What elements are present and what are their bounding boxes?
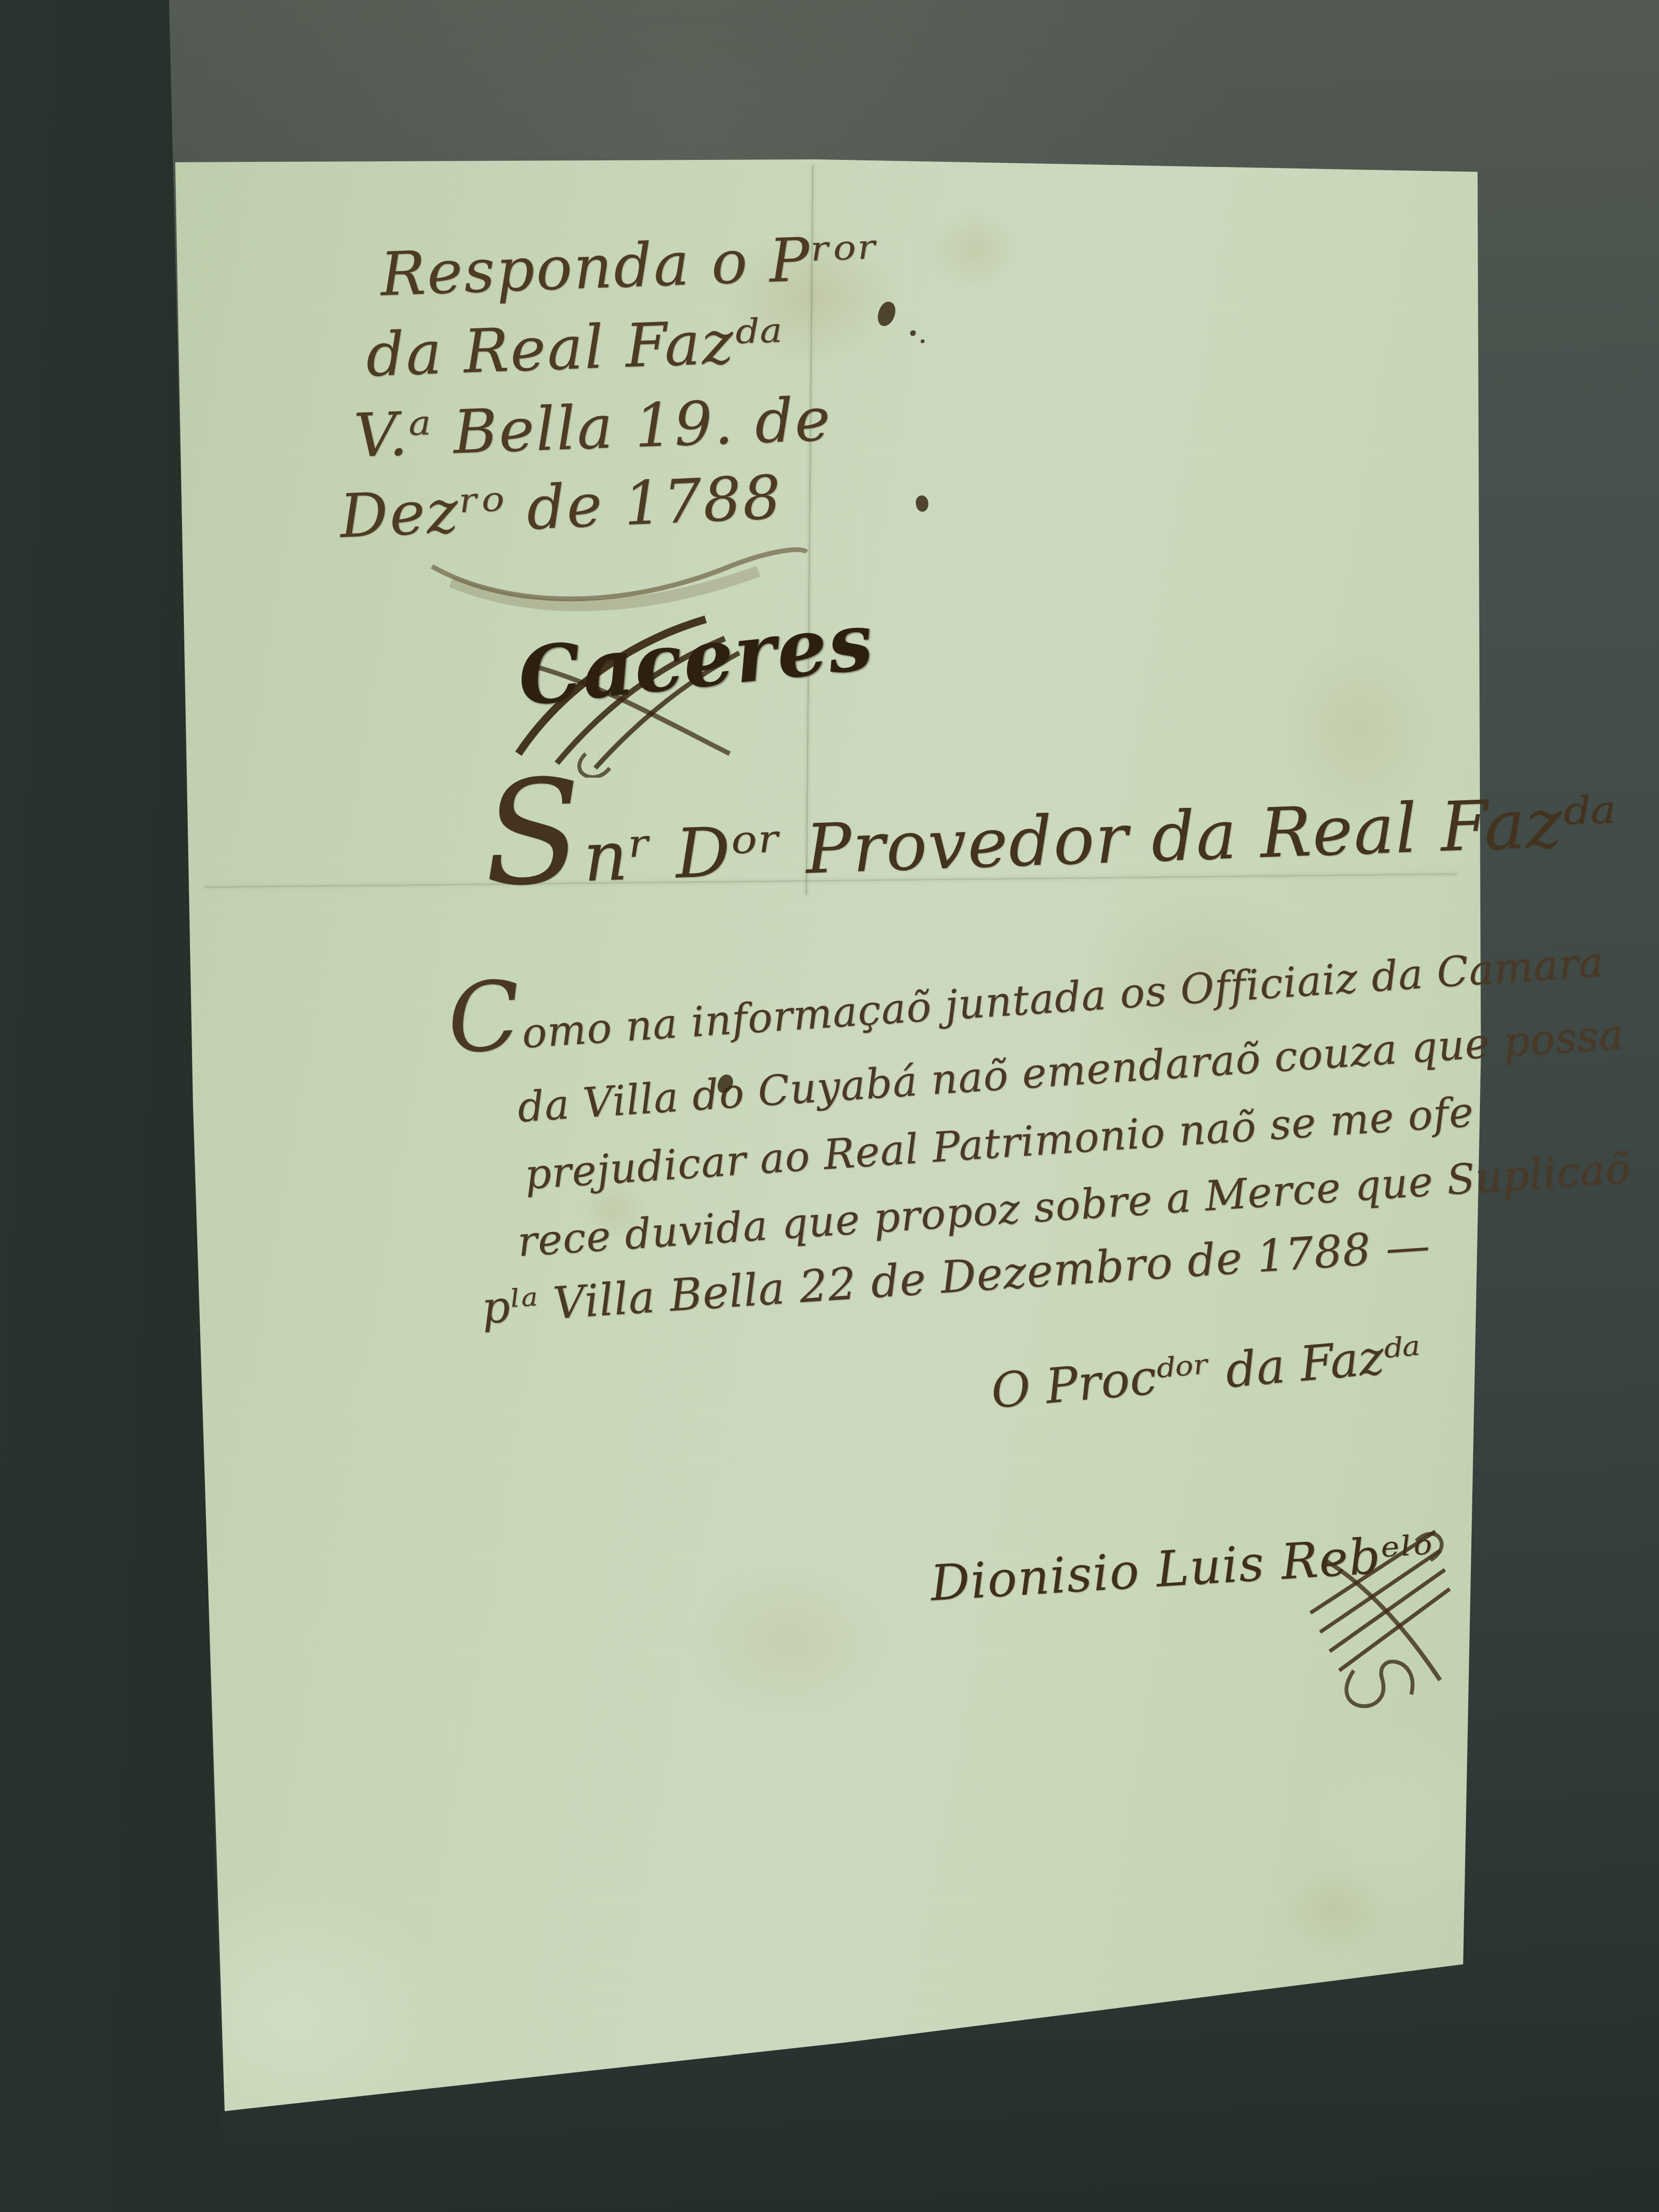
signature-flourish-graphic xyxy=(1296,1512,1459,1719)
photo-scene: Responda o Pʳᵒʳ da Real Fazᵈᵃ V.ᵃ Bella … xyxy=(0,0,1659,2212)
annotation-line-2: da Real Fazᵈᵃ xyxy=(365,306,785,390)
